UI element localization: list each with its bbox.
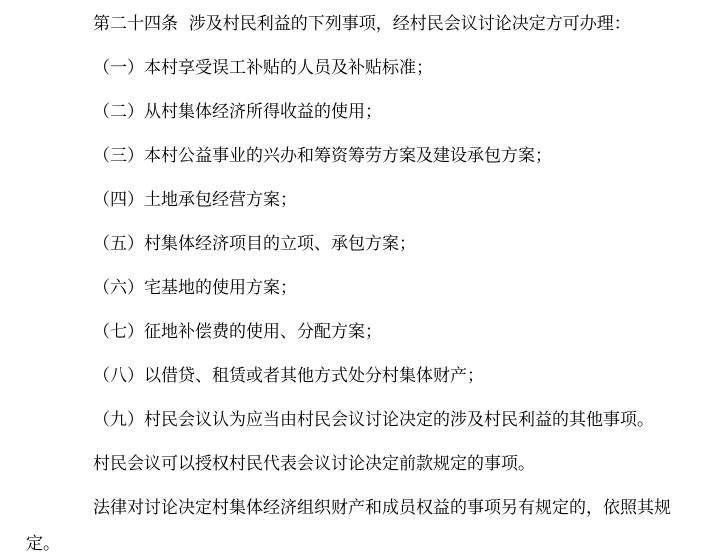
list-item-5: （五）村集体经济项目的立项、承包方案；: [26, 226, 681, 262]
list-item-1: （一）本村享受误工补贴的人员及补贴标准；: [26, 50, 681, 86]
paragraph-law-provision-line2: 定。: [26, 526, 681, 557]
article-24-intro: 第二十四条 涉及村民利益的下列事项，经村民会议讨论决定方可办理：: [26, 6, 681, 42]
paragraph-authorization: 村民会议可以授权村民代表会议讨论决定前款规定的事项。: [26, 446, 681, 482]
list-item-6: （六）宅基地的使用方案；: [26, 270, 681, 306]
paragraph-law-provision-line1: 法律对讨论决定村集体经济组织财产和成员权益的事项另有规定的，依照其规: [26, 490, 681, 526]
list-item-8: （八）以借贷、租赁或者其他方式处分村集体财产；: [26, 358, 681, 394]
list-item-2: （二）从村集体经济所得收益的使用；: [26, 94, 681, 130]
list-item-4: （四）土地承包经营方案；: [26, 182, 681, 218]
list-item-9: （九）村民会议认为应当由村民会议讨论决定的涉及村民利益的其他事项。: [26, 402, 681, 438]
list-item-7: （七）征地补偿费的使用、分配方案；: [26, 314, 681, 350]
list-item-3: （三）本村公益事业的兴办和筹资筹劳方案及建设承包方案；: [26, 138, 681, 174]
document-page: 第二十四条 涉及村民利益的下列事项，经村民会议讨论决定方可办理： （一）本村享受…: [0, 0, 711, 557]
